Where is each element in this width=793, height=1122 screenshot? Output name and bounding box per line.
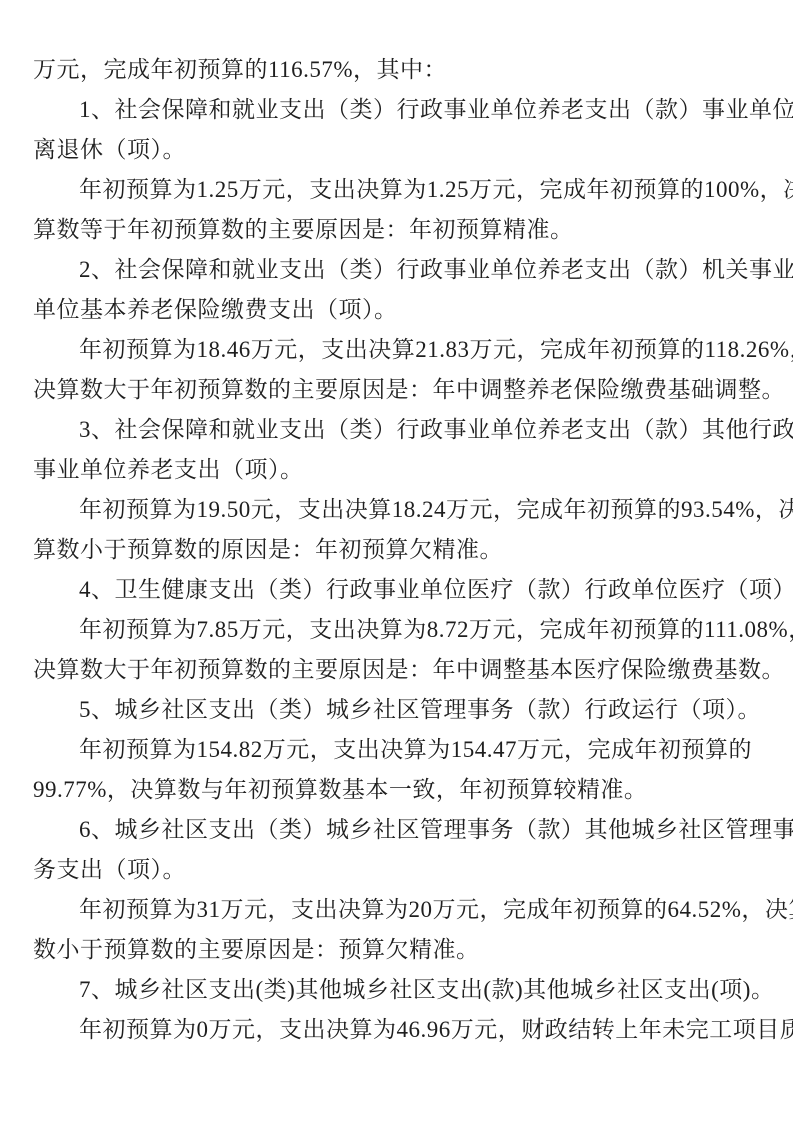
text-line: 数小于预算数的主要原因是：预算欠精准。 (33, 930, 763, 970)
text-line: 年初预算为154.82万元，支出决算为154.47万元，完成年初预算的 (33, 730, 763, 770)
text-line: 年初预算为0万元，支出决算为46.96万元，财政结转上年未完工项目质 (33, 1010, 763, 1050)
text-line: 5、城乡社区支出（类）城乡社区管理事务（款）行政运行（项）。 (33, 690, 763, 730)
text-line: 决算数大于年初预算数的主要原因是：年中调整养老保险缴费基础调整。 (33, 370, 763, 410)
text-line: 万元，完成年初预算的116.57%，其中： (33, 50, 763, 90)
text-line: 离退休（项）。 (33, 130, 763, 170)
text-line: 单位基本养老保险缴费支出（项）。 (33, 290, 763, 330)
text-line: 年初预算为18.46万元，支出决算21.83万元，完成年初预算的118.26%， (33, 330, 763, 370)
text-line: 年初预算为31万元，支出决算为20万元，完成年初预算的64.52%，决算 (33, 890, 763, 930)
text-line: 2、社会保障和就业支出（类）行政事业单位养老支出（款）机关事业 (33, 250, 763, 290)
text-line: 算数等于年初预算数的主要原因是：年初预算精准。 (33, 210, 763, 250)
document-body: 万元，完成年初预算的116.57%，其中： 1、社会保障和就业支出（类）行政事业… (33, 50, 763, 1050)
document-page: 万元，完成年初预算的116.57%，其中： 1、社会保障和就业支出（类）行政事业… (0, 0, 793, 1122)
text-line: 年初预算为1.25万元，支出决算为1.25万元，完成年初预算的100%，决 (33, 170, 763, 210)
text-line: 6、城乡社区支出（类）城乡社区管理事务（款）其他城乡社区管理事 (33, 810, 763, 850)
text-line: 1、社会保障和就业支出（类）行政事业单位养老支出（款）事业单位 (33, 90, 763, 130)
text-line: 年初预算为19.50元，支出决算18.24万元，完成年初预算的93.54%，决 (33, 490, 763, 530)
text-line: 3、社会保障和就业支出（类）行政事业单位养老支出（款）其他行政 (33, 410, 763, 450)
text-line: 7、城乡社区支出(类)其他城乡社区支出(款)其他城乡社区支出(项)。 (33, 970, 763, 1010)
text-line: 决算数大于年初预算数的主要原因是：年中调整基本医疗保险缴费基数。 (33, 650, 763, 690)
text-line: 算数小于预算数的原因是：年初预算欠精准。 (33, 530, 763, 570)
text-line: 4、卫生健康支出（类）行政事业单位医疗（款）行政单位医疗（项） (33, 570, 763, 610)
text-line: 事业单位养老支出（项）。 (33, 450, 763, 490)
text-line: 年初预算为7.85万元，支出决算为8.72万元，完成年初预算的111.08%， (33, 610, 763, 650)
text-line: 务支出（项）。 (33, 850, 763, 890)
text-line: 99.77%，决算数与年初预算数基本一致，年初预算较精准。 (33, 770, 763, 810)
